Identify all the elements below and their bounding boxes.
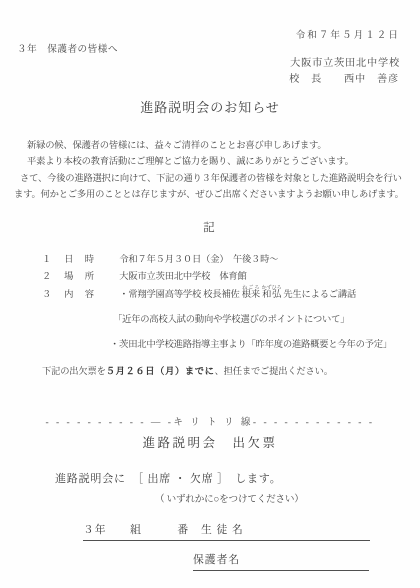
submission-instruction: 下記の出欠票を５月２６日（月）までに、担任までご提出ください。 bbox=[42, 367, 333, 378]
item-number: ３ bbox=[42, 290, 62, 301]
greeting-line-3: さて、今後の進路選択に向けて、下記の通り３年保護者の皆様を対象とした進路説明会を… bbox=[14, 174, 410, 185]
greeting-line-4: ます。何かとご多用のこととは存じますが、ぜひご出席くださいますようお願い申しあげ… bbox=[14, 190, 410, 201]
item-place: ２ 場 所 大阪市立茨田北中学校 体育館 bbox=[42, 272, 247, 283]
issue-date: 令和７年５月１２日 bbox=[296, 30, 400, 42]
speaker-givenname: 和弘かずひろ bbox=[262, 290, 281, 300]
speaker-surname: 根来ねごろ bbox=[242, 290, 260, 300]
item-number: ２ bbox=[42, 272, 62, 283]
item-value: 令和７年５月３０日（金） 午後３時～ bbox=[119, 255, 278, 265]
student-name-field: ３年 組 番 生 徒 名 bbox=[83, 524, 370, 541]
guardian-name-field: 保護者名 bbox=[193, 554, 369, 571]
circle-instruction-note: （ いずれかに○をつけてください） bbox=[155, 494, 304, 506]
slip-title: 進路説明会 出欠票 bbox=[0, 436, 420, 451]
greeting-line-1: 新緑の候、保護者の皆様には、益々ご清祥のこととお喜び申しあげます。 bbox=[14, 141, 410, 152]
item-label: 内 容 bbox=[64, 290, 117, 301]
speaker-suffix: 先生によるご講話 bbox=[281, 290, 356, 300]
speaker-line: ・常翔学園高等学校 校長補佐 根来ねごろ 和弘かずひろ 先生によるご講話 bbox=[119, 290, 356, 300]
addressee-line: ３年 保護者の皆様へ bbox=[17, 44, 118, 56]
item-content: ３ 内 容 ・常翔学園高等学校 校長補佐 根来ねごろ 和弘かずひろ 先生によるご… bbox=[42, 286, 356, 301]
submission-deadline: ５月２６日（月）までに bbox=[106, 367, 215, 377]
greeting-line-2: 平素より本校の教育活動にご理解とご協力を賜り、誠にありがとうございます。 bbox=[14, 157, 410, 168]
ki-heading: 記 bbox=[0, 222, 420, 236]
submission-suffix: 、担任までご提出ください。 bbox=[215, 367, 333, 377]
item-number: １ bbox=[42, 255, 62, 266]
item-datetime: １ 日 時 令和７年５月３０日（金） 午後３時～ bbox=[42, 255, 278, 266]
item-value: 大阪市立茨田北中学校 体育館 bbox=[119, 272, 246, 282]
lecture-topic: 「近年の高校入試の動向や学校選びのポイントについて」 bbox=[113, 315, 349, 326]
item-label: 日 時 bbox=[64, 255, 117, 266]
document-page: 令和７年５月１２日 ３年 保護者の皆様へ 大阪市立茨田北中学校 校 長 西中 善… bbox=[0, 0, 420, 588]
speaker-surname-furigana: ねごろ bbox=[242, 286, 260, 291]
speaker-givenname-furigana: かずひろ bbox=[262, 286, 282, 291]
attendance-choice-line: 進路説明会に ［ 出席 ・ 欠席 ］ します。 bbox=[55, 473, 282, 486]
second-program-item: ・茨田北中学校進路指導主事より「昨年度の進路概要と今年の予定」 bbox=[110, 340, 392, 351]
speaker-prefix: ・常翔学園高等学校 校長補佐 bbox=[119, 290, 242, 300]
item-label: 場 所 bbox=[64, 272, 117, 283]
school-name: 大阪市立茨田北中学校 bbox=[290, 58, 400, 70]
submission-prefix: 下記の出欠票を bbox=[42, 367, 106, 377]
principal-line: 校 長 西中 善彦 bbox=[289, 74, 399, 86]
page-title: 進路説明会のお知らせ bbox=[0, 100, 420, 116]
cut-here-line: - - - - - - - - - - ― -キ リ ト リ 線- - - - … bbox=[0, 418, 420, 429]
